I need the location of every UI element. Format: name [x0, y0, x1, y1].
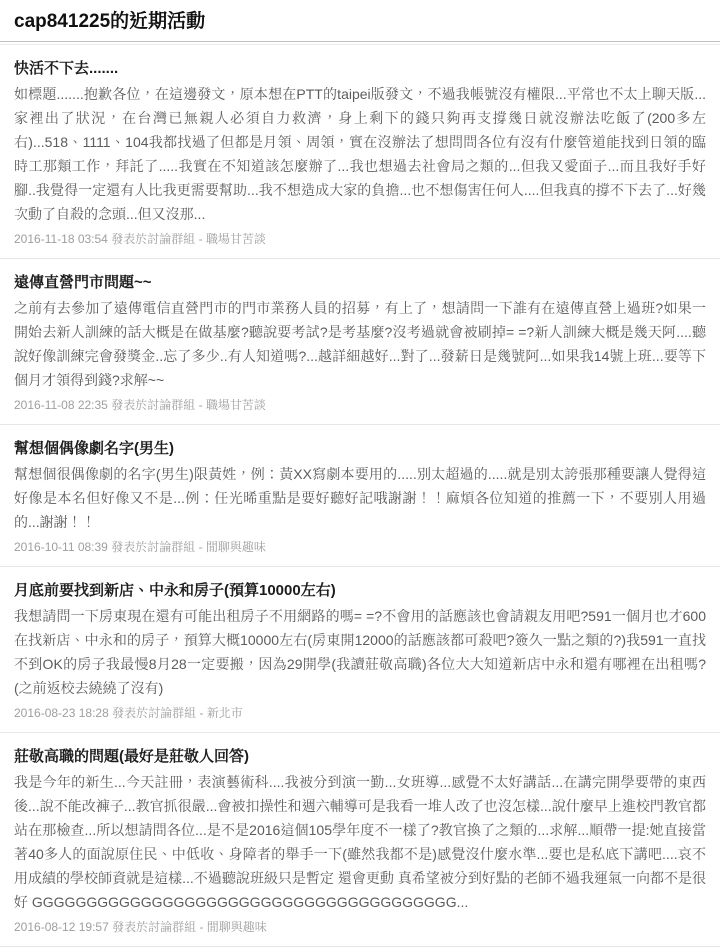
board-name: 職場甘苦談 [206, 398, 266, 412]
post-excerpt: 我想請問一下房東現在還有可能出租房子不用網路的嗎= =?不會用的話應該也會請親友… [14, 604, 706, 700]
meta-separator: - [199, 398, 203, 412]
post-excerpt: 如標題.......抱歉各位，在這邊發文，原本想在PTT的taipei版發文，不… [14, 82, 706, 226]
post-title-link[interactable]: 遠傳直營門市問題~~ [14, 273, 706, 292]
board-name: 職場甘苦談 [206, 232, 266, 246]
post-item: 幫想個偶像劇名字(男生) 幫想個很偶像劇的名字(男生)限黃姓，例：黃XX寫劇本要… [0, 425, 720, 567]
posted-in-label: 發表於討論群組 [111, 540, 195, 554]
post-title-link[interactable]: 幫想個偶像劇名字(男生) [14, 439, 706, 458]
page-title: cap841225的近期活動 [14, 11, 706, 33]
posted-in-label: 發表於討論群組 [112, 920, 196, 934]
post-meta: 2016-10-11 08:39 發表於討論群組 - 閒聊與趣味 [14, 540, 706, 555]
activity-list: 快活不下去....... 如標題.......抱歉各位，在這邊發文，原本想在PT… [0, 45, 720, 947]
post-item: 月底前要找到新店、中永和房子(預算10000左右) 我想請問一下房東現在還有可能… [0, 567, 720, 733]
post-meta: 2016-08-12 19:57 發表於討論群組 - 閒聊與趣味 [14, 920, 706, 935]
post-title-link[interactable]: 快活不下去....... [14, 59, 706, 78]
meta-separator: - [199, 706, 203, 720]
post-excerpt: 我是今年的新生...今天註冊，表演藝術科....我被分到演一勤...女班導...… [14, 770, 706, 914]
post-meta: 2016-11-08 22:35 發表於討論群組 - 職場甘苦談 [14, 398, 706, 413]
post-date: 2016-08-12 19:57 [14, 920, 109, 934]
post-meta: 2016-11-18 03:54 發表於討論群組 - 職場甘苦談 [14, 232, 706, 247]
meta-separator: - [199, 232, 203, 246]
post-excerpt: 之前有去參加了遠傳電信直營門市的門市業務人員的招募，有上了，想請問一下誰有在遠傳… [14, 296, 706, 392]
post-date: 2016-11-18 03:54 [14, 232, 108, 246]
post-item: 遠傳直營門市問題~~ 之前有去參加了遠傳電信直營門市的門市業務人員的招募，有上了… [0, 259, 720, 425]
posted-in-label: 發表於討論群組 [111, 398, 195, 412]
board-name: 閒聊與趣味 [206, 540, 266, 554]
post-date: 2016-10-11 08:39 [14, 540, 108, 554]
meta-separator: - [199, 540, 203, 554]
meta-separator: - [199, 920, 203, 934]
post-date: 2016-11-08 22:35 [14, 398, 108, 412]
board-name: 閒聊與趣味 [207, 920, 267, 934]
post-title-link[interactable]: 莊敬高職的問題(最好是莊敬人回答) [14, 747, 706, 766]
post-title-link[interactable]: 月底前要找到新店、中永和房子(預算10000左右) [14, 581, 706, 600]
board-name: 新北市 [207, 706, 243, 720]
post-item: 莊敬高職的問題(最好是莊敬人回答) 我是今年的新生...今天註冊，表演藝術科..… [0, 733, 720, 947]
post-excerpt: 幫想個很偶像劇的名字(男生)限黃姓，例：黃XX寫劇本要用的.....別太超過的.… [14, 462, 706, 534]
post-item: 快活不下去....... 如標題.......抱歉各位，在這邊發文，原本想在PT… [0, 45, 720, 259]
posted-in-label: 發表於討論群組 [111, 232, 195, 246]
post-date: 2016-08-23 18:28 [14, 706, 109, 720]
page-header: cap841225的近期活動 [0, 0, 720, 41]
post-meta: 2016-08-23 18:28 發表於討論群組 - 新北市 [14, 706, 706, 721]
posted-in-label: 發表於討論群組 [112, 706, 196, 720]
